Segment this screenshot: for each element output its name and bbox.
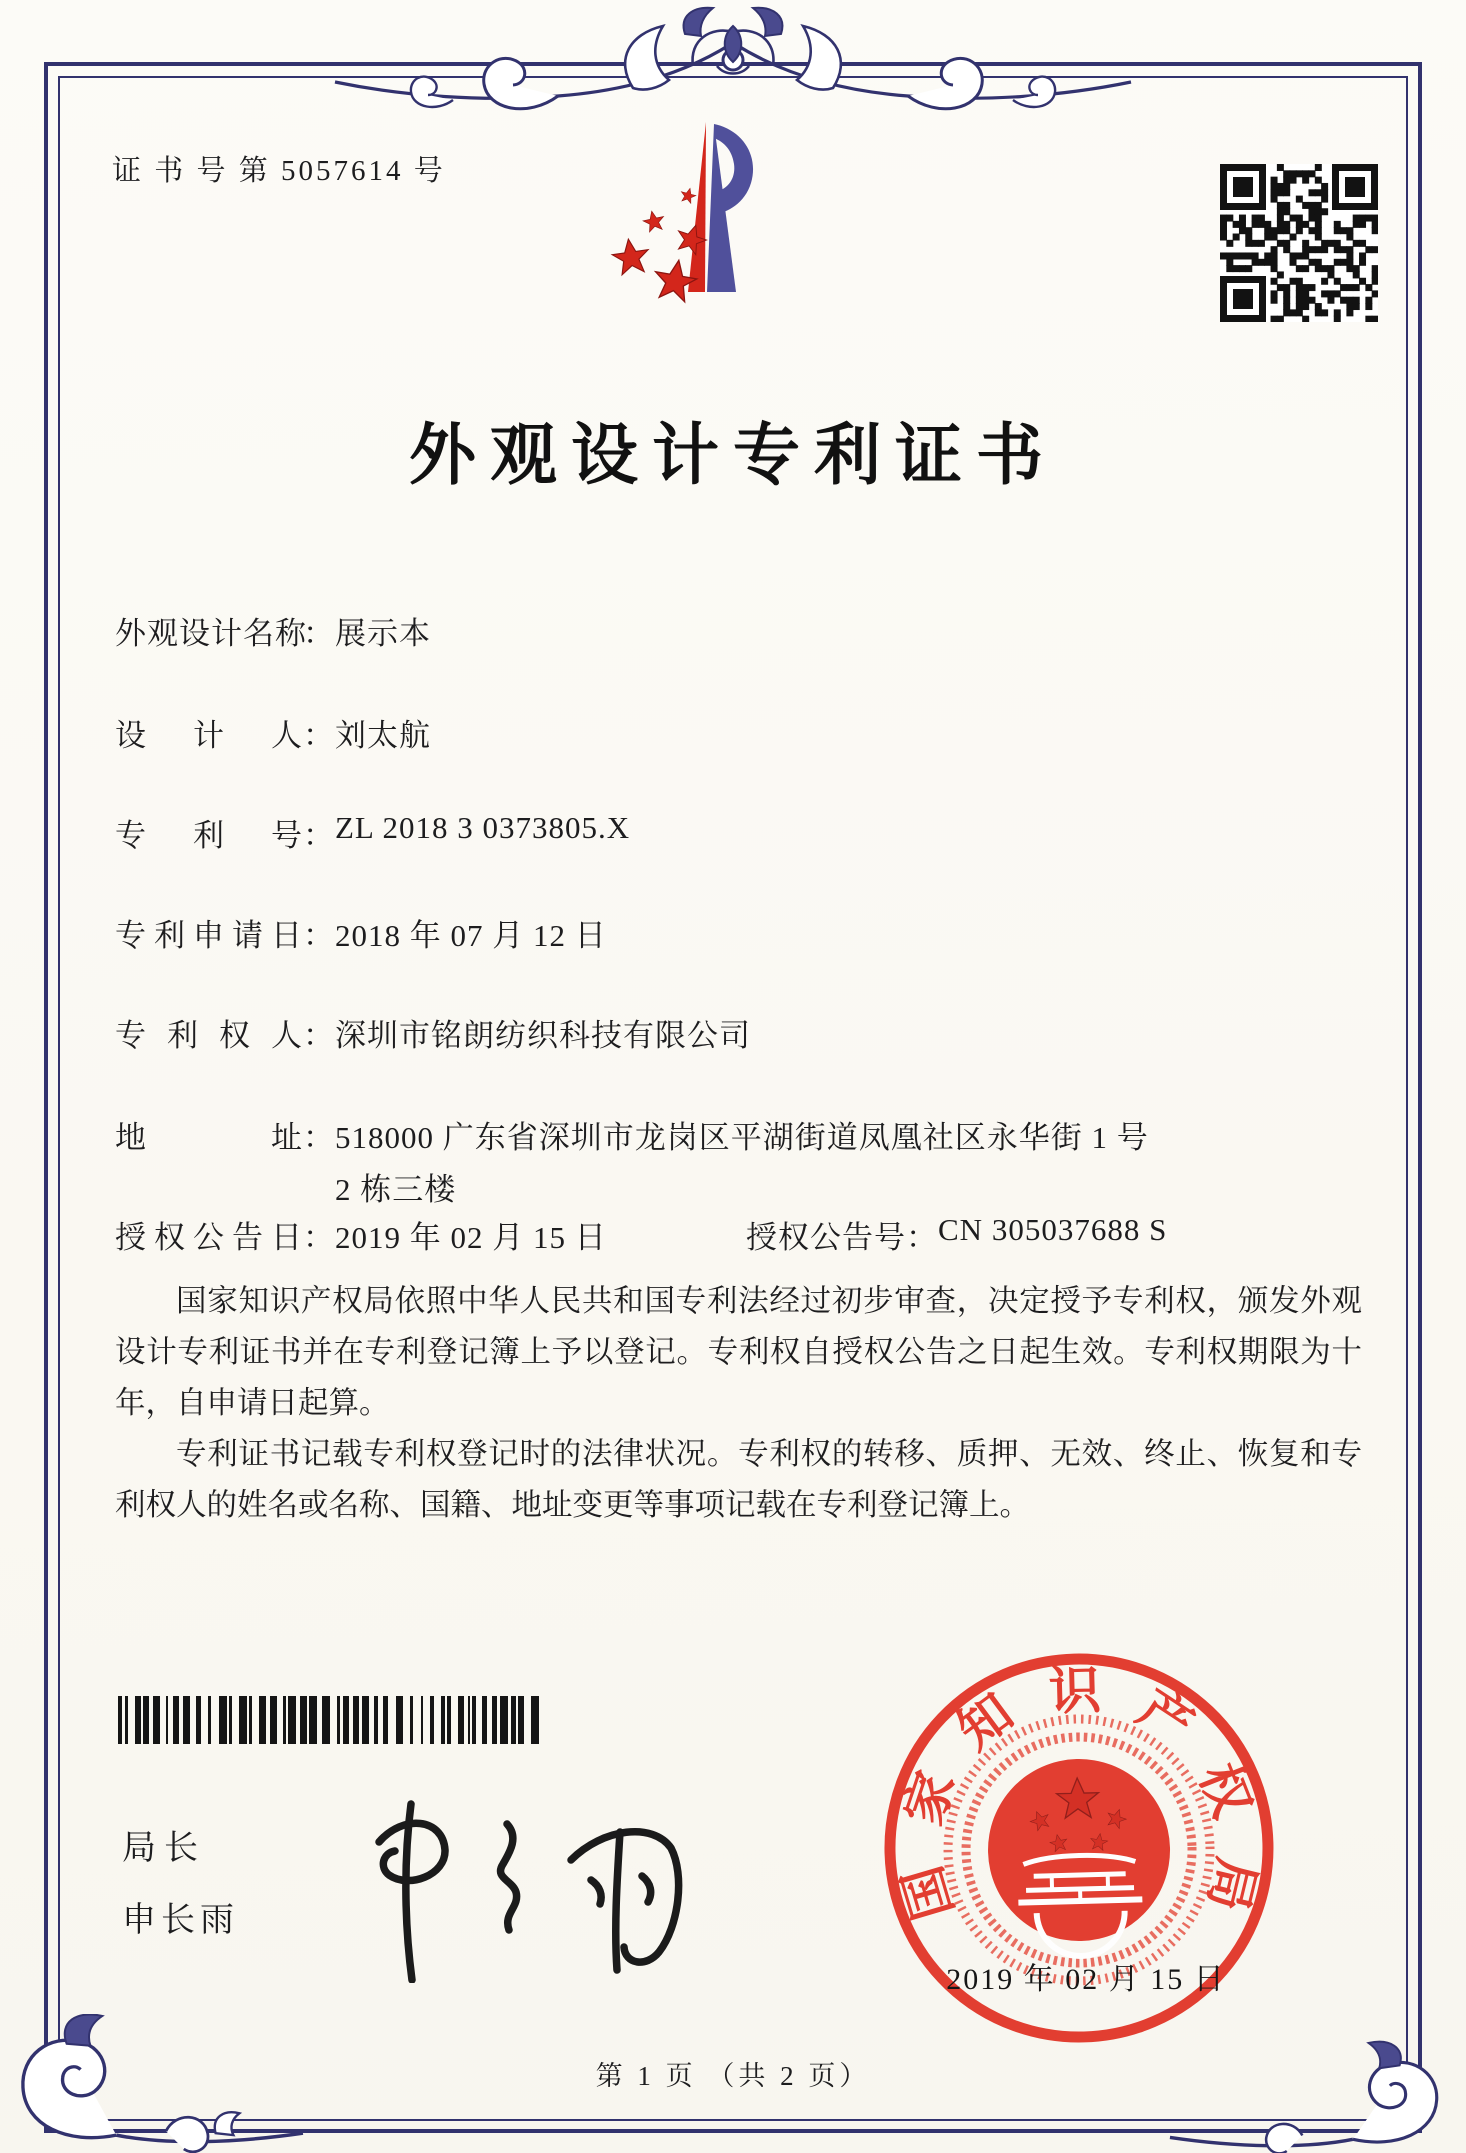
field-label: 设计人 [115, 710, 303, 755]
field-value: 展示本 [335, 616, 431, 651]
field-designer: 设计人：刘太航 [115, 710, 431, 755]
body-paragraph-1: 国家知识产权局依照中华人民共和国专利法经过初步审查，决定授予专利权，颁发外观设计… [115, 1276, 1362, 1429]
field-patent-number: 专利号：ZL 2018 3 0373805.X [115, 810, 630, 855]
patent-certificate-page: 证 书 号 第 5057614 号 外 [0, 0, 1466, 2153]
document-title: 外观设计专利证书 [0, 402, 1466, 498]
label-colon: ： [303, 608, 335, 653]
field-value: 深圳市铭朗纺织科技有限公司 [335, 1018, 751, 1053]
field-patentee: 专利权人：深圳市铭朗纺织科技有限公司 [115, 1010, 751, 1055]
seal-date: 2019 年 02 月 15 日 [918, 1954, 1254, 1998]
field-label: 外观设计名称 [115, 608, 303, 653]
field-label: 专利号 [115, 810, 303, 855]
field-value: ZL 2018 3 0373805.X [335, 810, 630, 845]
field-grant-row: 授权公告日：2019 年 02 月 15 日 授权公告号：CN 30503768… [115, 1212, 607, 1257]
cnipa-patent-logo-icon [538, 104, 762, 304]
seal-character: 识 [1048, 1663, 1102, 1721]
field-grant-number: 授权公告号：CN 305037688 S [746, 1212, 1167, 1257]
commissioner-name: 申长雨 [122, 1892, 239, 1941]
qr-code-icon [1220, 164, 1378, 322]
field-design-name: 外观设计名称：展示本 [115, 608, 431, 653]
certificate-body-text: 国家知识产权局依照中华人民共和国专利法经过初步审查，决定授予专利权，颁发外观设计… [115, 1276, 1362, 1531]
field-label: 地址 [115, 1112, 303, 1157]
field-label: 专利申请日 [115, 910, 303, 955]
handwritten-signature-icon [345, 1768, 790, 1983]
field-address: 地址：518000 广东省深圳市龙岗区平湖街道凤凰社区永华街 1 号 [115, 1112, 1149, 1157]
commissioner-title: 局长 [122, 1820, 206, 1869]
field-label: 授权公告号 [746, 1212, 906, 1257]
field-value: CN 305037688 S [938, 1212, 1167, 1247]
barcode-icon [118, 1696, 542, 1744]
label-colon: ： [303, 710, 335, 755]
label-colon: ： [303, 1212, 335, 1257]
label-colon: ： [303, 1112, 335, 1157]
body-paragraph-2: 专利证书记载专利权登记时的法律状况。专利权的转移、质押、无效、终止、恢复和专利权… [115, 1429, 1362, 1531]
label-colon: ： [303, 910, 335, 955]
field-address-line2: 2 栋三楼 [335, 1164, 456, 1209]
label-colon: ： [303, 810, 335, 855]
field-filing-date: 专利申请日：2018 年 07 月 12 日 [115, 910, 607, 955]
field-label: 授权公告日 [115, 1212, 303, 1257]
field-label: 专利权人 [115, 1010, 303, 1055]
field-value: 2018 年 07 月 12 日 [335, 918, 607, 953]
barcode-bars [118, 1696, 539, 1744]
certificate-number: 证 书 号 第 5057614 号 [112, 148, 446, 189]
label-colon: ： [303, 1010, 335, 1055]
field-value: 刘太航 [335, 718, 431, 753]
label-colon: ： [906, 1212, 938, 1257]
field-value: 2019 年 02 月 15 日 [335, 1220, 607, 1255]
field-value-line1: 518000 广东省深圳市龙岗区平湖街道凤凰社区永华街 1 号 [335, 1120, 1149, 1155]
page-number: 第 1 页 （共 2 页） [0, 2054, 1466, 2093]
